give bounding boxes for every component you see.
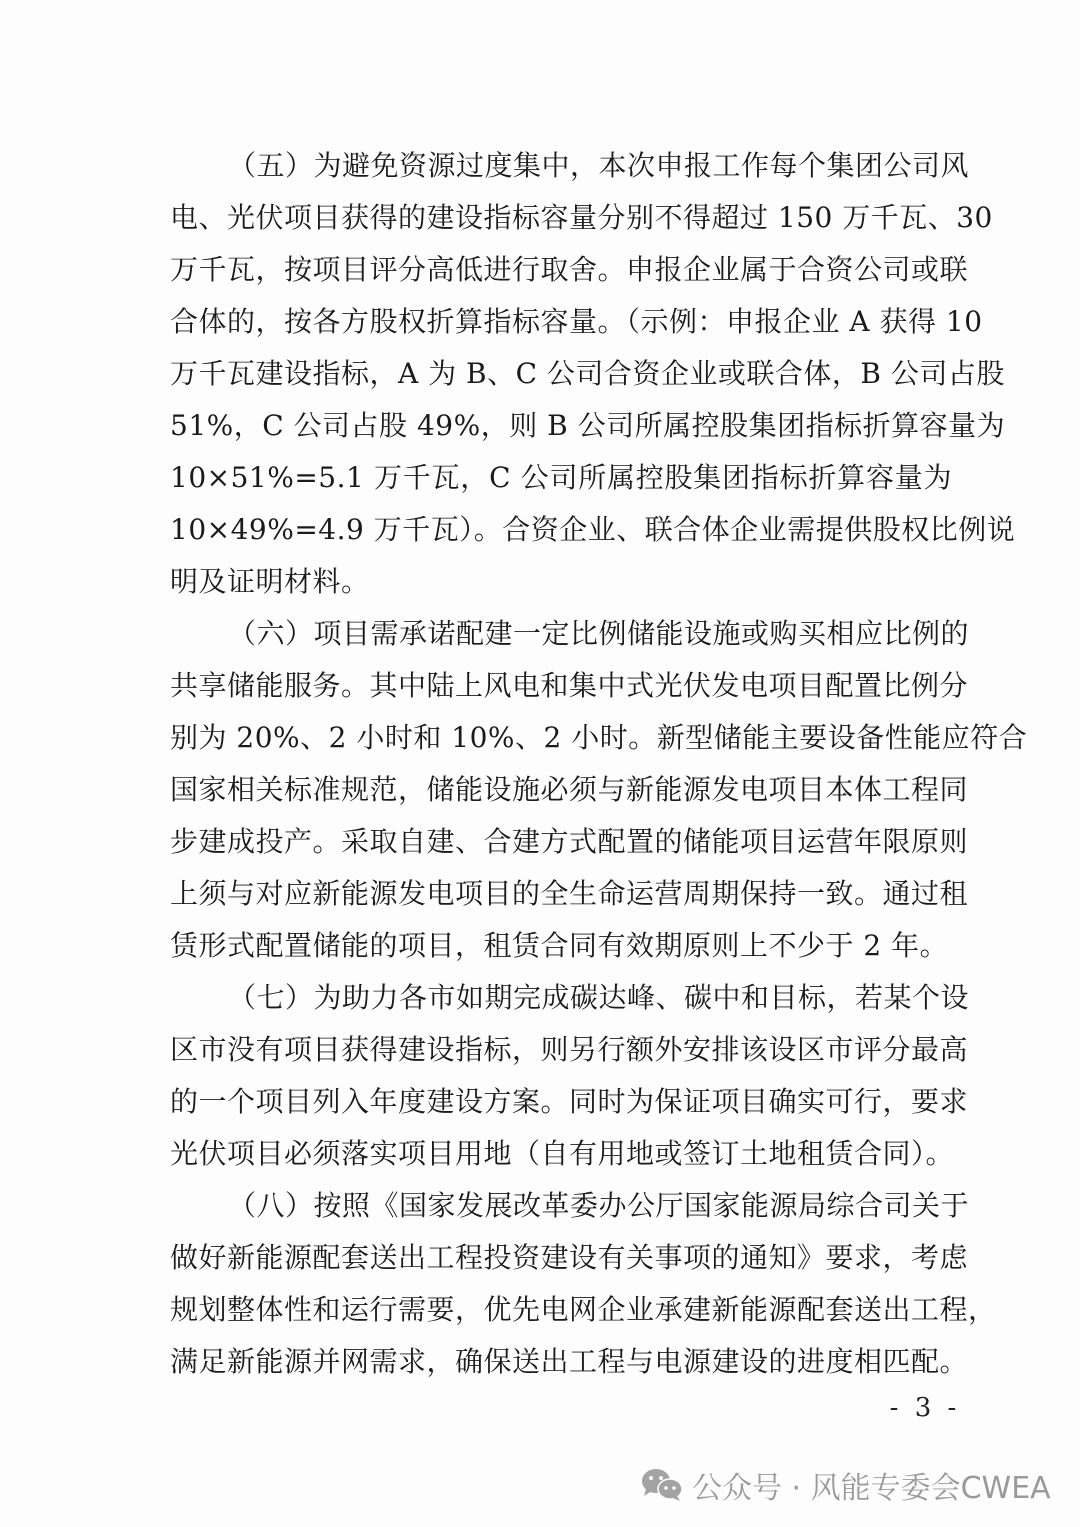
text-line: （五）为避免资源过度集中，本次申报工作每个集团公司风 xyxy=(228,146,952,186)
text-line: 区市没有项目获得建设指标，则另行额外安排该设区市评分最高 xyxy=(170,1030,952,1070)
text-line: 共享储能服务。其中陆上风电和集中式光伏发电项目配置比例分 xyxy=(170,666,952,706)
text-line: 万千瓦，按项目评分高低进行取舍。申报企业属于合资公司或联 xyxy=(170,250,952,290)
text-line: （七）为助力各市如期完成碳达峰、碳中和目标，若某个设 xyxy=(228,978,952,1018)
text-line: 做好新能源配套送出工程投资建设有关事项的通知》要求，考虑 xyxy=(170,1238,952,1278)
text-line: 别为 20%、2 小时和 10%、2 小时。新型储能主要设备性能应符合 xyxy=(170,718,952,758)
page-number: - 3 - xyxy=(880,1390,970,1426)
text-line: 满足新能源并网需求，确保送出工程与电源建设的进度相匹配。 xyxy=(170,1342,952,1382)
text-line: 10×49%=4.9 万千瓦）。合资企业、联合体企业需提供股权比例说 xyxy=(170,510,952,550)
text-line: 电、光伏项目获得的建设指标容量分别不得超过 150 万千瓦、30 xyxy=(170,198,952,238)
text-line: 国家相关标准规范，储能设施必须与新能源发电项目本体工程同 xyxy=(170,770,952,810)
text-line: （八）按照《国家发展改革委办公厅国家能源局综合司关于 xyxy=(228,1186,952,1226)
wechat-icon xyxy=(640,1467,684,1503)
text-line: 的一个项目列入年度建设方案。同时为保证项目确实可行，要求 xyxy=(170,1082,952,1122)
text-line: 明及证明材料。 xyxy=(170,562,952,602)
text-line: 万千瓦建设指标，A 为 B、C 公司合资企业或联合体，B 公司占股 xyxy=(170,354,952,394)
document-page: （五）为避免资源过度集中，本次申报工作每个集团公司风电、光伏项目获得的建设指标容… xyxy=(0,0,1080,1527)
text-line: 规划整体性和运行需要，优先电网企业承建新能源配套送出工程， xyxy=(170,1290,952,1330)
text-line: （六）项目需承诺配建一定比例储能设施或购买相应比例的 xyxy=(228,614,952,654)
text-line: 上须与对应新能源发电项目的全生命运营周期保持一致。通过租 xyxy=(170,874,952,914)
text-line: 10×51%=5.1 万千瓦，C 公司所属控股集团指标折算容量为 xyxy=(170,458,952,498)
watermark-text: 公众号 · 风能专委会CWEA xyxy=(692,1463,1051,1507)
text-line: 光伏项目必须落实项目用地（自有用地或签订土地租赁合同）。 xyxy=(170,1134,952,1174)
text-line: 51%，C 公司占股 49%，则 B 公司所属控股集团指标折算容量为 xyxy=(170,406,952,446)
wechat-watermark: 公众号 · 风能专委会CWEA xyxy=(640,1460,1051,1510)
text-line: 步建成投产。采取自建、合建方式配置的储能项目运营年限原则 xyxy=(170,822,952,862)
text-line: 合体的，按各方股权折算指标容量。（示例：申报企业 A 获得 10 xyxy=(170,302,952,342)
text-line: 赁形式配置储能的项目，租赁合同有效期原则上不少于 2 年。 xyxy=(170,926,952,966)
